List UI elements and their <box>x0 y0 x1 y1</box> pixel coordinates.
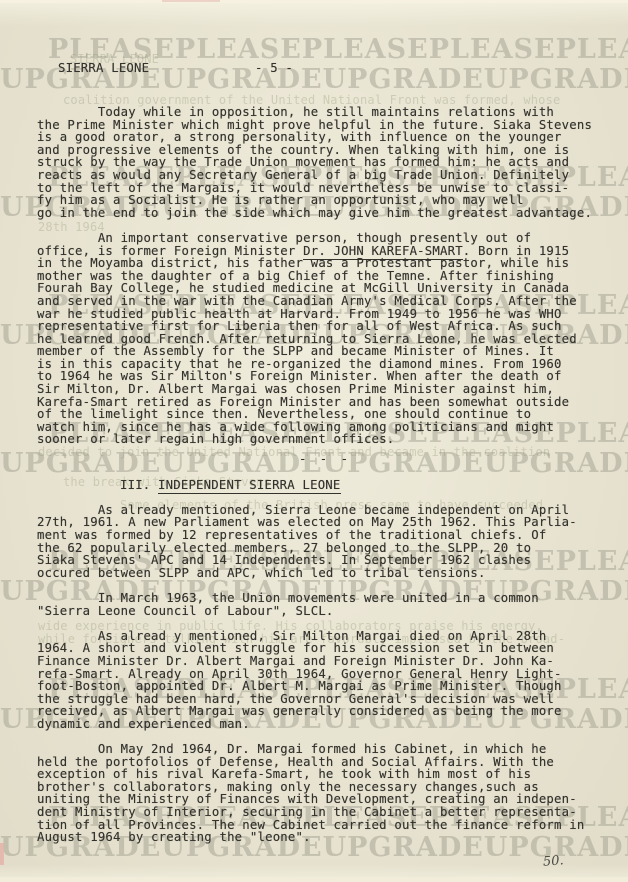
typed-line: occured between SLPP and APC, which led … <box>37 567 617 580</box>
typed-line: exception of his rival Karefa-Smart, he … <box>37 768 617 781</box>
typed-line: go in the end to join the side which may… <box>37 207 617 220</box>
document-content: SIERRA LEONE - 5 - Today while in opposi… <box>37 62 617 844</box>
typed-line: is a good orator, a strong personality, … <box>37 131 617 144</box>
watermark-word: PLEASE <box>48 36 175 63</box>
typed-line: of the limelight since then. Nevertheles… <box>37 408 617 421</box>
paragraph-cabinet-1964: On May 2nd 1964, Dr. Margai formed his C… <box>37 743 617 844</box>
pink-edge-mark <box>0 843 4 865</box>
paragraph-karefa-smart: An important conservative person, though… <box>37 232 617 446</box>
scan-edge-bottom <box>0 877 628 882</box>
watermark-word: PLEASE <box>556 36 628 63</box>
typed-line: "Sierra Leone Council of Labour", SLCL. <box>37 605 617 618</box>
watermark-word: PLEASE <box>175 36 302 63</box>
typed-line: ment was formed by 12 representatives of… <box>37 529 617 542</box>
paragraph-succession-struggle: As alread y mentioned, Sir Milton Margai… <box>37 630 617 731</box>
typed-line: reacts as would any Secretary General of… <box>37 169 617 182</box>
pink-top-smudge <box>162 0 220 2</box>
typed-line: member of the Assembly for the SLPP and … <box>37 345 617 358</box>
paragraph-independence: As already mentioned, Sierra Leone becam… <box>37 504 617 580</box>
paragraph-siaka-stevens: Today while in opposition, he still main… <box>37 106 617 219</box>
document-page: PLEASEPLEASEPLEASEPLEASEPLEASEUPGRADEUPG… <box>0 0 628 882</box>
typed-line: In March 1963, the Union movements were … <box>37 592 617 605</box>
typed-line: dent Ministry of Interior, securing in t… <box>37 806 617 819</box>
typed-line: representative first for Liberia then fo… <box>37 320 617 333</box>
section-separator: - - - <box>37 453 617 466</box>
watermark-word-row: PLEASEPLEASEPLEASEPLEASEPLEASE <box>0 36 628 63</box>
typed-line: Today while in opposition, he still main… <box>37 106 617 119</box>
section-heading: III. INDEPENDENT SIERRA LEONE <box>37 479 617 492</box>
typed-line: foot-Boston, appointed Dr. Albert M. Mar… <box>37 680 617 693</box>
paragraph-union-movements: In March 1963, the Union movements were … <box>37 592 617 617</box>
typed-line: and served in the war with the Canadian … <box>37 295 617 308</box>
typed-line: Siaka Stevens' APC and 14 Independents. … <box>37 554 617 567</box>
typed-line: dynamic and experienced man. <box>37 718 617 731</box>
typed-line: August 1964 by creating the "leone". <box>37 831 617 844</box>
typed-line: in the Moyamba district, his father was … <box>37 257 617 270</box>
typed-line: Finance Minister Dr. Albert Margai and F… <box>37 655 617 668</box>
page-number: - 5 - <box>255 62 293 75</box>
page-header: SIERRA LEONE - 5 - <box>37 62 617 76</box>
typed-line: sooner or later regain high government o… <box>37 433 617 446</box>
typed-line: On May 2nd 1964, Dr. Margai formed his C… <box>37 743 617 756</box>
section-number: III. <box>120 478 158 492</box>
typed-line: Sir Milton, Dr. Albert Margai was chosen… <box>37 383 617 396</box>
typed-line: fy him as a Socialist. He is rather an o… <box>37 194 617 207</box>
scan-edge-top <box>0 0 628 3</box>
watermark-word: PLEASE <box>429 36 556 63</box>
watermark-word: PLEASE <box>302 36 429 63</box>
section-title: INDEPENDENT SIERRA LEONE <box>158 478 340 494</box>
handwritten-page-number: 50. <box>543 853 565 869</box>
document-title: SIERRA LEONE <box>58 62 149 75</box>
